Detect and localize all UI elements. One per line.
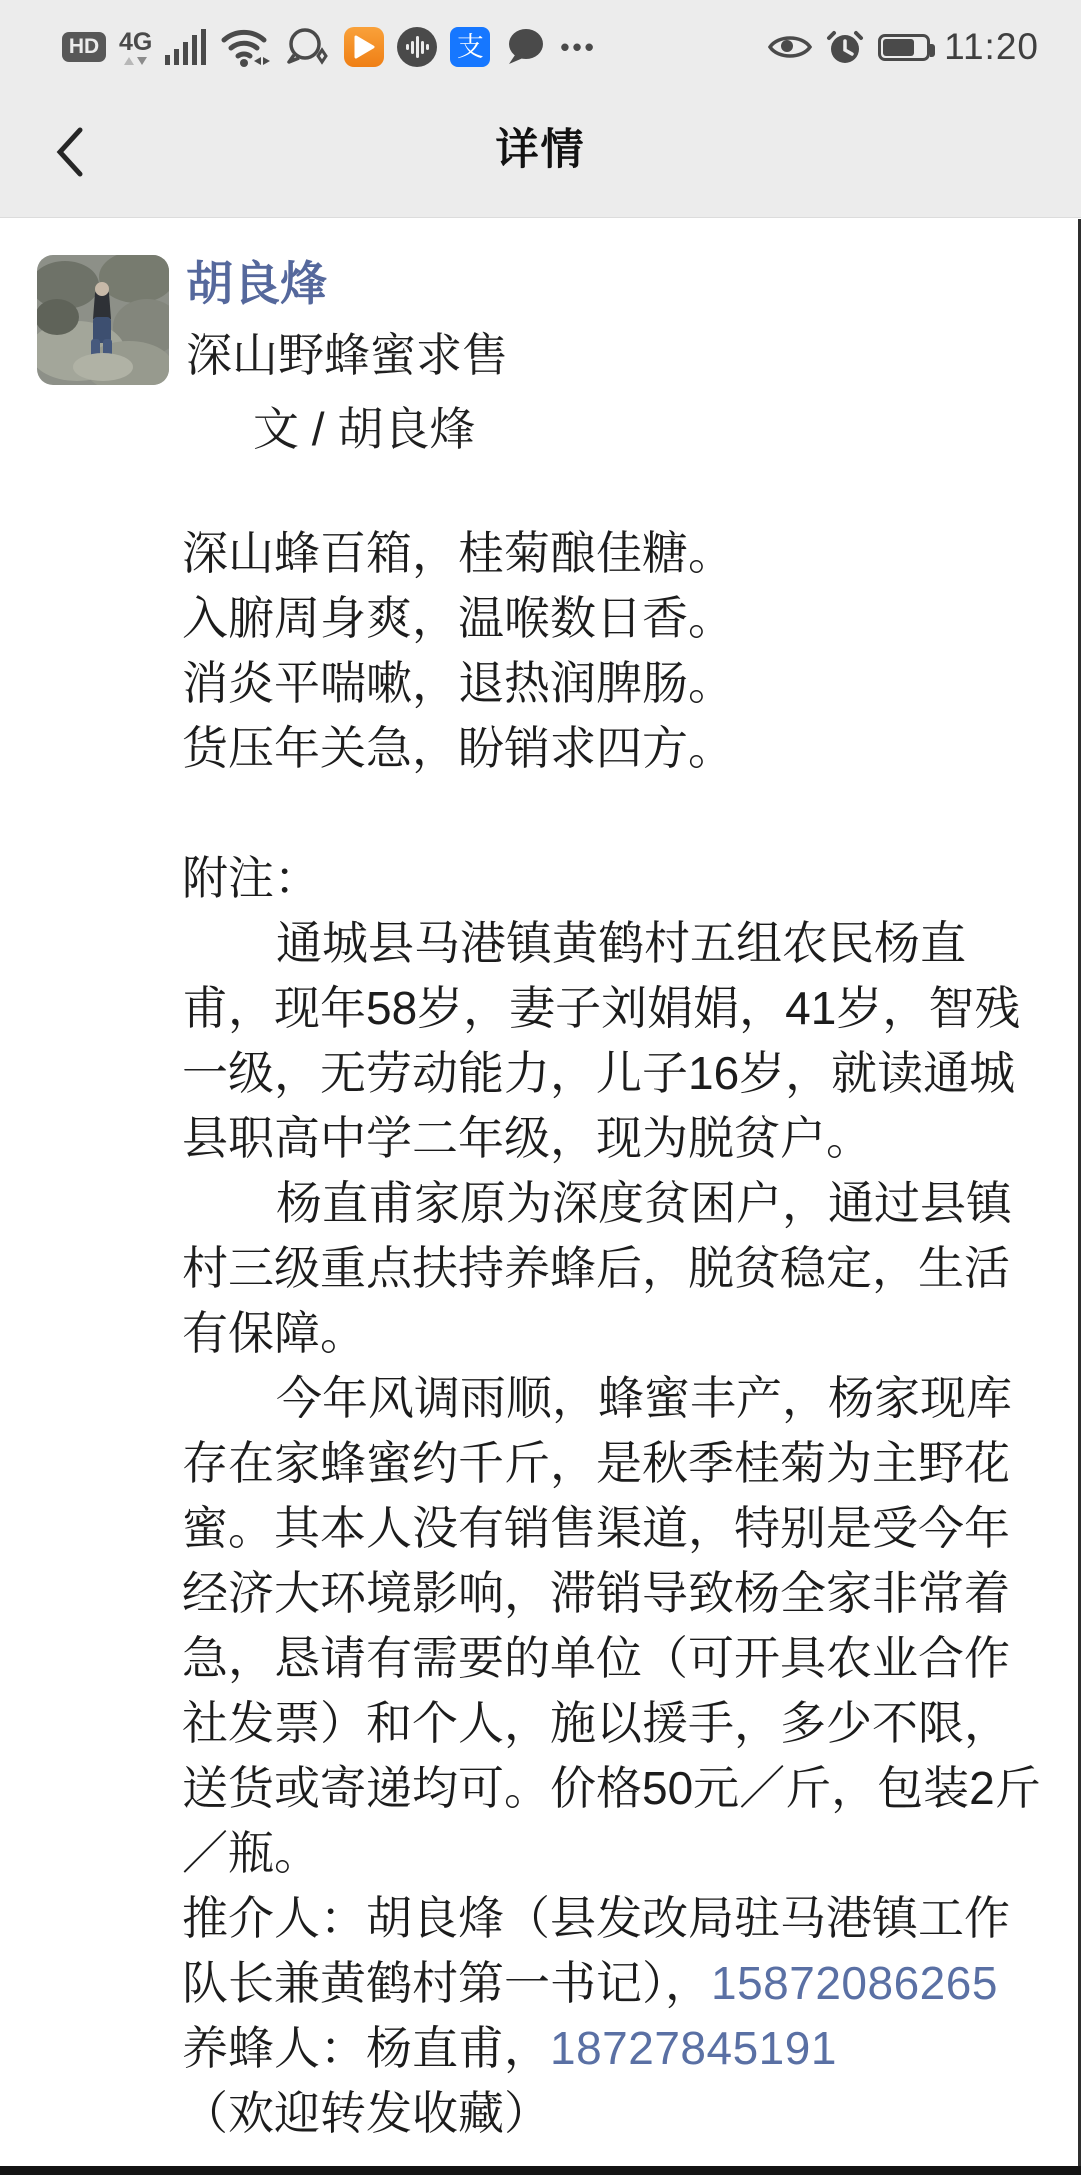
- body-line: 今年风调雨顺，蜂蜜丰产，杨家现库: [182, 1366, 1062, 1431]
- body-line: 养蜂人：杨直甫，18727845191: [182, 2016, 1062, 2081]
- network-4g-icon: 4G: [119, 30, 152, 65]
- post-title: 深山野蜂蜜求售: [186, 329, 508, 381]
- alarm-clock-icon: [826, 29, 864, 65]
- body-line: 推介人：胡良烽（县发改局驻马港镇工作: [182, 1886, 1062, 1951]
- phone-link[interactable]: 15872086265: [711, 1957, 998, 2009]
- body-text: 社发票）和个人，施以援手，多少不限，: [182, 1697, 1010, 1749]
- body-line: （欢迎转发收藏）: [182, 2081, 1062, 2146]
- post-detail: 胡良烽 深山野蜂蜜求售 文 / 胡良烽 深山蜂百箱，桂菊酿佳糖。入腑周身爽，温喉…: [0, 219, 1081, 2166]
- hd-icon: HD: [62, 32, 106, 62]
- body-line: 通城县马港镇黄鹤村五组农民杨直: [182, 911, 1062, 976]
- body-text: 养蜂人：杨直甫，: [182, 2022, 550, 2074]
- body-line: 杨直甫家原为深度贫困户，通过县镇: [182, 1171, 1062, 1236]
- status-bar: HD 4G: [0, 0, 1081, 80]
- body-line: 县职高中学二年级，现为脱贫户。: [182, 1106, 1062, 1171]
- body-text: 今年风调雨顺，蜂蜜丰产，杨家现库: [276, 1372, 1012, 1424]
- body-text: 一级，无劳动能力，儿子16岁，就读通城: [182, 1047, 1015, 1099]
- body-line: 深山蜂百箱，桂菊酿佳糖。: [182, 521, 1062, 586]
- nav-bar: 详情: [0, 80, 1081, 218]
- body-text: ／瓶。: [182, 1827, 320, 1879]
- status-bar-right: 11:20: [768, 26, 1039, 68]
- body-text: 有保障。: [182, 1307, 366, 1359]
- body-line: 甫，现年58岁，妻子刘娟娟，41岁，智残: [182, 976, 1062, 1041]
- body-text: （欢迎转发收藏）: [182, 2087, 550, 2139]
- body-text: 甫，现年58岁，妻子刘娟娟，41岁，智残: [182, 982, 1020, 1034]
- avatar[interactable]: [37, 255, 169, 385]
- body-line: 附注：: [182, 846, 1062, 911]
- body-text: 经济大环境影响，滞销导致杨全家非常着: [182, 1567, 1010, 1619]
- author-name[interactable]: 胡良烽: [186, 259, 327, 309]
- alipay-icon: 支: [450, 27, 490, 67]
- body-text: 蜜。其本人没有销售渠道，特别是受今年: [182, 1502, 1010, 1554]
- eye-icon: [768, 32, 812, 62]
- body-text: 深山蜂百箱，桂菊酿佳糖。: [182, 527, 734, 579]
- body-line: ／瓶。: [182, 1821, 1062, 1886]
- body-text: 送货或寄递均可。价格50元／斤，包装2斤: [182, 1762, 1041, 1814]
- body-text: 消炎平喘嗽，退热润脾肠。: [182, 657, 734, 709]
- body-text: 通城县马港镇黄鹤村五组农民杨直: [276, 917, 966, 969]
- body-line: 存在家蜂蜜约千斤，是秋季桂菊为主野花: [182, 1431, 1062, 1496]
- battery-icon: [878, 34, 930, 61]
- video-app-icon: [344, 27, 384, 67]
- body-text: 急，恳请有需要的单位（可开具农业合作: [182, 1632, 1010, 1684]
- body-line: 经济大环境影响，滞销导致杨全家非常着: [182, 1561, 1062, 1626]
- phone-link[interactable]: 18727845191: [550, 2022, 837, 2074]
- message-bubble-icon: [503, 27, 547, 67]
- post-byline: 文 / 胡良烽: [186, 403, 475, 455]
- phone-screen: HD 4G: [0, 0, 1081, 2175]
- more-icon: •••: [560, 32, 596, 63]
- body-text: 推介人：胡良烽（县发改局驻马港镇工作: [182, 1892, 1010, 1944]
- body-line: 消炎平喘嗽，退热润脾肠。: [182, 651, 1062, 716]
- status-time: 11:20: [944, 26, 1039, 68]
- signal-bars-icon: [165, 29, 207, 65]
- body-text: 入腑周身爽，温喉数日香。: [182, 592, 734, 644]
- chat-bubble-outline-icon: [285, 26, 331, 68]
- page-title: 详情: [0, 116, 1081, 177]
- body-line: 入腑周身爽，温喉数日香。: [182, 586, 1062, 651]
- body-text: 存在家蜂蜜约千斤，是秋季桂菊为主野花: [182, 1437, 1010, 1489]
- status-bar-left: HD 4G: [62, 26, 768, 68]
- body-text: 队长兼黄鹤村第一书记），: [182, 1957, 711, 2009]
- body-text: 县职高中学二年级，现为脱贫户。: [182, 1112, 872, 1164]
- wifi-icon: [220, 27, 272, 67]
- body-text: 村三级重点扶持养蜂后，脱贫稳定，生活: [182, 1242, 1010, 1294]
- body-line: 一级，无劳动能力，儿子16岁，就读通城: [182, 1041, 1062, 1106]
- body-line: 有保障。: [182, 1301, 1062, 1366]
- body-line: 队长兼黄鹤村第一书记），15872086265: [182, 1951, 1062, 2016]
- body-text: 杨直甫家原为深度贫困户，通过县镇: [276, 1177, 1012, 1229]
- body-line: 送货或寄递均可。价格50元／斤，包装2斤: [182, 1756, 1062, 1821]
- screen-bottom-edge: [0, 2166, 1081, 2175]
- body-line: 蜜。其本人没有销售渠道，特别是受今年: [182, 1496, 1062, 1561]
- body-line-blank: [182, 781, 1062, 846]
- body-line: 村三级重点扶持养蜂后，脱贫稳定，生活: [182, 1236, 1062, 1301]
- avatar-image: [37, 255, 169, 385]
- body-line: 社发票）和个人，施以援手，多少不限，: [182, 1691, 1062, 1756]
- post-body: 深山蜂百箱，桂菊酿佳糖。入腑周身爽，温喉数日香。消炎平喘嗽，退热润脾肠。货压年关…: [182, 521, 1062, 2146]
- network-4g-label: 4G: [119, 30, 152, 55]
- body-line: 货压年关急，盼销求四方。: [182, 716, 1062, 781]
- body-text: 货压年关急，盼销求四方。: [182, 722, 734, 774]
- voice-assistant-icon: [397, 27, 437, 67]
- body-text: 附注：: [182, 852, 320, 904]
- body-line: 急，恳请有需要的单位（可开具农业合作: [182, 1626, 1062, 1691]
